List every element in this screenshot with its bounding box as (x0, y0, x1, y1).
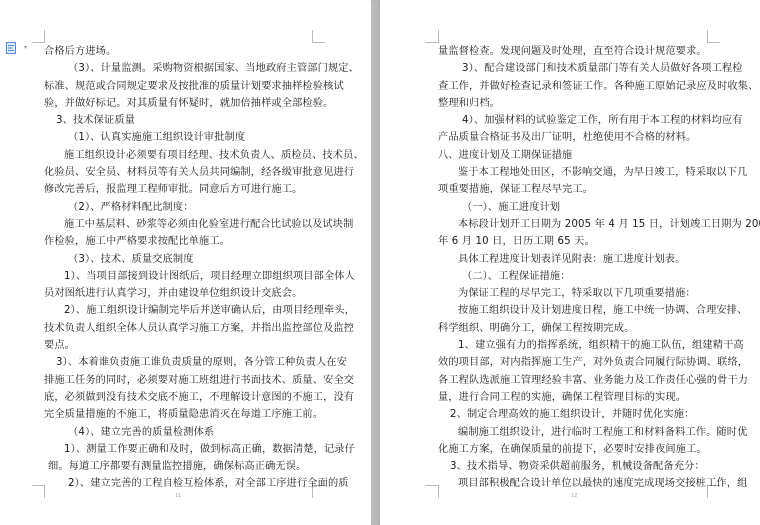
text-line: 2）、建立完善的工程自检互检体系，对全部工序进行全面的质 (44, 475, 314, 492)
text-line: 完全质量措施的不施工，将质量隐患消灭在每道工序施工前。 (44, 406, 314, 423)
text-line: 为保证工程的尽早完工，特采取以下几项重要措施： (438, 285, 708, 302)
text-line: 技术负责人组织全体人员认真学习施工方案，并指出监控部位及监控 (44, 320, 314, 337)
text-line: 本标段计划开工日期为 2005 年 4 月 15 日，计划竣工日期为 2005 (438, 216, 708, 233)
text-line: 要点。 (44, 337, 314, 354)
text-line: 施工中基层料、砂浆等必须由化验室进行配合比试验以及试块制 (44, 216, 314, 233)
text-line: 细。每道工序都要有测量监控措施，确保标高正确无误。 (44, 458, 314, 475)
text-line: 3）、本着谁负责施工谁负责质量的原则，各分管工种负责人在安 (44, 354, 314, 371)
crop-mark-top-left (426, 30, 439, 43)
text-line: （二）、工程保证措施： (438, 268, 708, 285)
text-line: 施工组织设计必须要有项目经理、技术负责人、质检员、技术员、 (44, 147, 314, 164)
text-line: 项目部积极配合设计单位以最快的速度完成现场交接桩工作，组 (438, 475, 708, 492)
text-line: 标准、规范或合同规定要求及按批准的质量计划要求抽样检验核试 (44, 78, 314, 95)
text-line: 鉴于本工程地处田区，不影响交通，为早日竣工，特采取以下几 (438, 164, 708, 181)
text-line: 产品质量合格证书及出厂证明，杜绝使用不合格的材料。 (438, 129, 708, 146)
text-line: 3、技术指导、物资采供超前服务，机械设备配备充分： (438, 458, 708, 475)
text-line: 编制施工组织设计，进行临时工程施工和材料备料工作。随时优 (438, 424, 708, 441)
text-line: （1）、认真实施施工组织设计审批制度 (44, 129, 314, 146)
text-line: 底，必须做到没有技术交底不施工，不理解设计意图的不施工，没有 (44, 389, 314, 406)
text-line: （3）、计量监测。采购物资根据国家、当地政府主管部门规定、 (44, 60, 314, 77)
text-line: 科学组织、明确分工，确保工程按期完成。 (438, 320, 708, 337)
document-page-12: 量监督检查。发现问题及时处理，直至符合设计规范要求。3）、配合建设部门和技术质量… (380, 0, 760, 525)
document-icon[interactable] (6, 42, 16, 54)
text-line: 员对图纸进行认真学习，并由建设单位组织设计交底会。 (44, 285, 314, 302)
text-line: 1）、当项目部接到设计图纸后，项目经理立即组织项目部全体人 (44, 268, 314, 285)
text-line: 合格后方进场。 (44, 43, 314, 60)
page-number: 11 (175, 493, 181, 499)
document-page-11: ▾ 合格后方进场。（3）、计量监测。采购物资根据国家、当地政府主管部门规定、标准… (0, 0, 371, 525)
chevron-down-icon[interactable]: ▾ (24, 44, 27, 51)
text-line: （4）、建立完善的质量检测体系 (44, 424, 314, 441)
page-11-body: 合格后方进场。（3）、计量监测。采购物资根据国家、当地政府主管部门规定、标准、规… (44, 43, 314, 493)
text-line: 3）、配合建设部门和技术质量部门等有关人员做好各项工程检 (438, 60, 708, 77)
text-line: 整理和归档。 (438, 95, 708, 112)
text-line: 具体工程进度计划表详见附表：施工进度计划表。 (438, 251, 708, 268)
text-line: 作检验，施工中严格要求按配比单施工。 (44, 233, 314, 250)
text-line: 1）、测量工作要正确和及时，做到标高正确，数据清楚，记录仔 (44, 441, 314, 458)
text-line: 量，进行合同工程的实施，确保工程管理目标的实现。 (438, 389, 708, 406)
page-12-body: 量监督检查。发现问题及时处理，直至符合设计规范要求。3）、配合建设部门和技术质量… (438, 43, 708, 493)
text-line: （3）、技术、质量交底制度 (44, 251, 314, 268)
text-line: （2）、严格材料配比制度： (44, 199, 314, 216)
text-line: 八、进度计划及工期保证措施 (438, 147, 708, 164)
text-line: 1、建立强有力的指挥系统，组织精干的施工队伍，组建精干高 (438, 337, 708, 354)
text-line: 2、制定合理高效的施工组织设计，并随时优化实施： (438, 406, 708, 423)
text-line: 验，并做好标记。对其质量有怀疑时，就加倍抽样或全部检验。 (44, 95, 314, 112)
crop-mark-top-right (312, 30, 325, 43)
text-line: 化验员、安全员、材料员等有关人员共同编制，经各级审批意见进行 (44, 164, 314, 181)
text-line: （一）、施工进度计划 (438, 199, 708, 216)
text-line: 2）、施工组织设计编制完毕后并送审确认后，由项目经理牵头， (44, 302, 314, 319)
text-line: 排施工任务的同时，必须要对施工班组进行书面技术、质量、安全交 (44, 372, 314, 389)
crop-mark-top-left (32, 30, 45, 43)
text-line: 项重要措施，保证工程尽早完工。 (438, 181, 708, 198)
text-line: 化施工方案，在确保质量的前提下，必要时安排夜间施工。 (438, 441, 708, 458)
text-line: 按施工组织设计及计划进度日程，施工中统一协调、合理安排、 (438, 302, 708, 319)
text-line: 查工作，并做好检查记录和签证工作。各种施工原始记录应及时收集、 (438, 78, 708, 95)
text-line: 量监督检查。发现问题及时处理，直至符合设计规范要求。 (438, 43, 708, 60)
text-line: 修改完善后，报监理工程师审批。同意后方可进行施工。 (44, 181, 314, 198)
text-line: 效的项目部，对内指挥施工生产，对外负责合同履行际协调、联络， (438, 354, 708, 371)
page-gutter (371, 0, 380, 525)
page-number: 12 (571, 493, 577, 499)
text-line: 4）、加强材料的试验鉴定工作，所有用于本工程的材料均应有 (438, 112, 708, 129)
text-line: 3、技术保证质量 (44, 112, 314, 129)
text-line: 年 6 月 10 日，日历工期 65 天。 (438, 233, 708, 250)
crop-mark-top-right (707, 30, 720, 43)
text-line: 各工程队选派施工管理经验丰富、业务能力及工作责任心强的骨干力 (438, 372, 708, 389)
